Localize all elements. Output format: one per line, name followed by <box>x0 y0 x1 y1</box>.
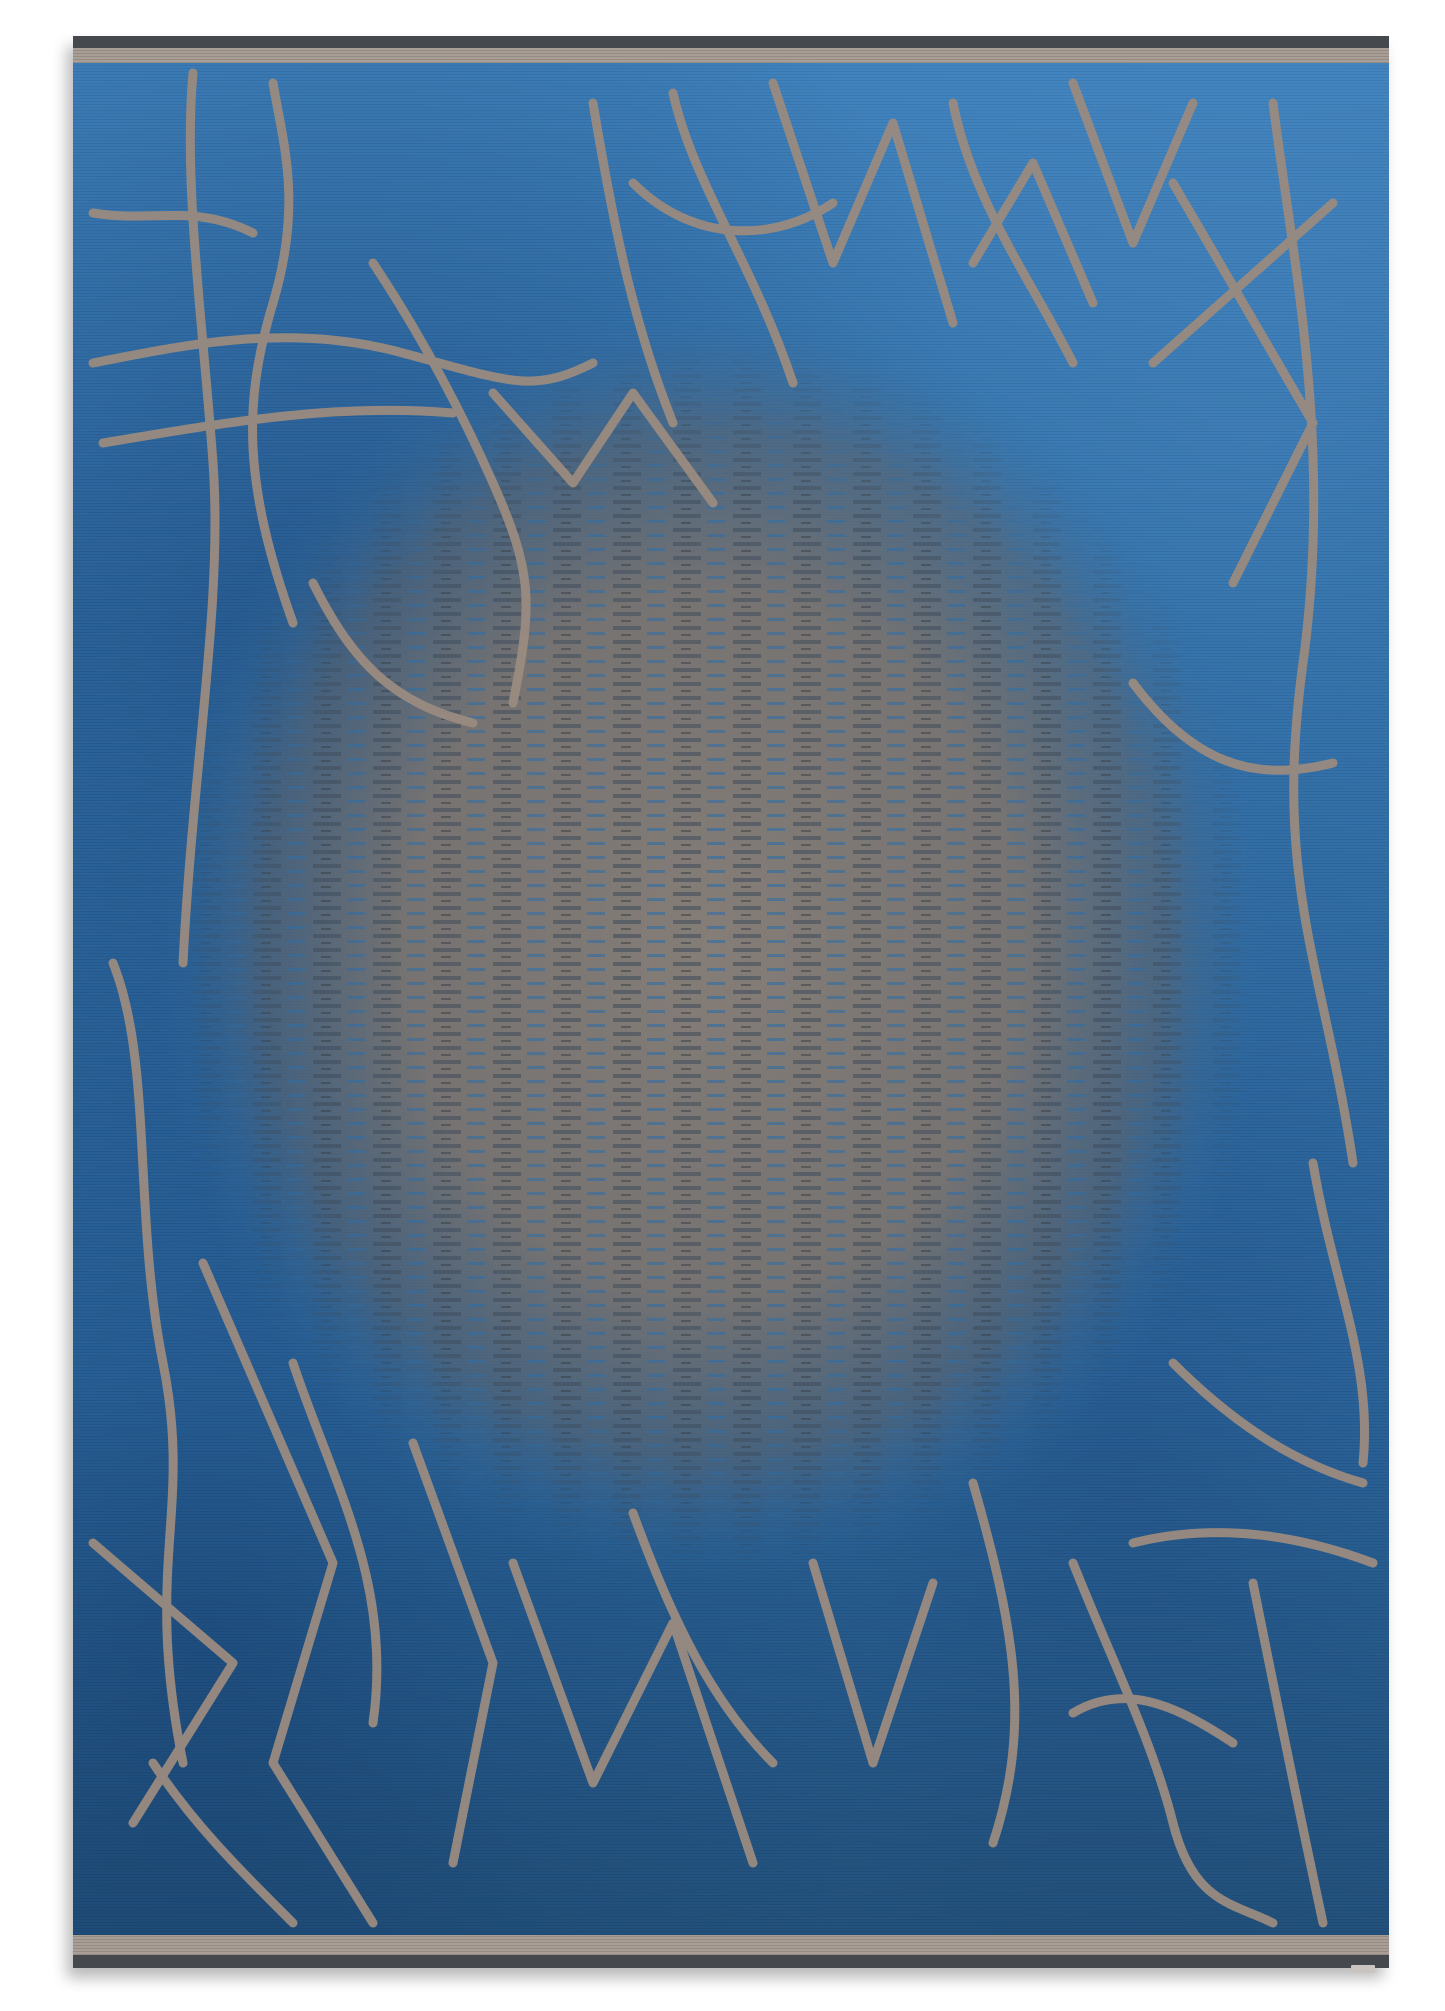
rug-top-binding <box>73 36 1389 48</box>
rug <box>73 36 1389 1968</box>
rug-bottom-kilim-band <box>73 1935 1389 1955</box>
rug-bottom-binding <box>73 1955 1389 1968</box>
rug-label-tag <box>1351 1965 1375 1973</box>
rug-top-kilim-band <box>73 48 1389 63</box>
rug-field <box>73 63 1389 1935</box>
rug-pattern <box>73 63 1389 1935</box>
